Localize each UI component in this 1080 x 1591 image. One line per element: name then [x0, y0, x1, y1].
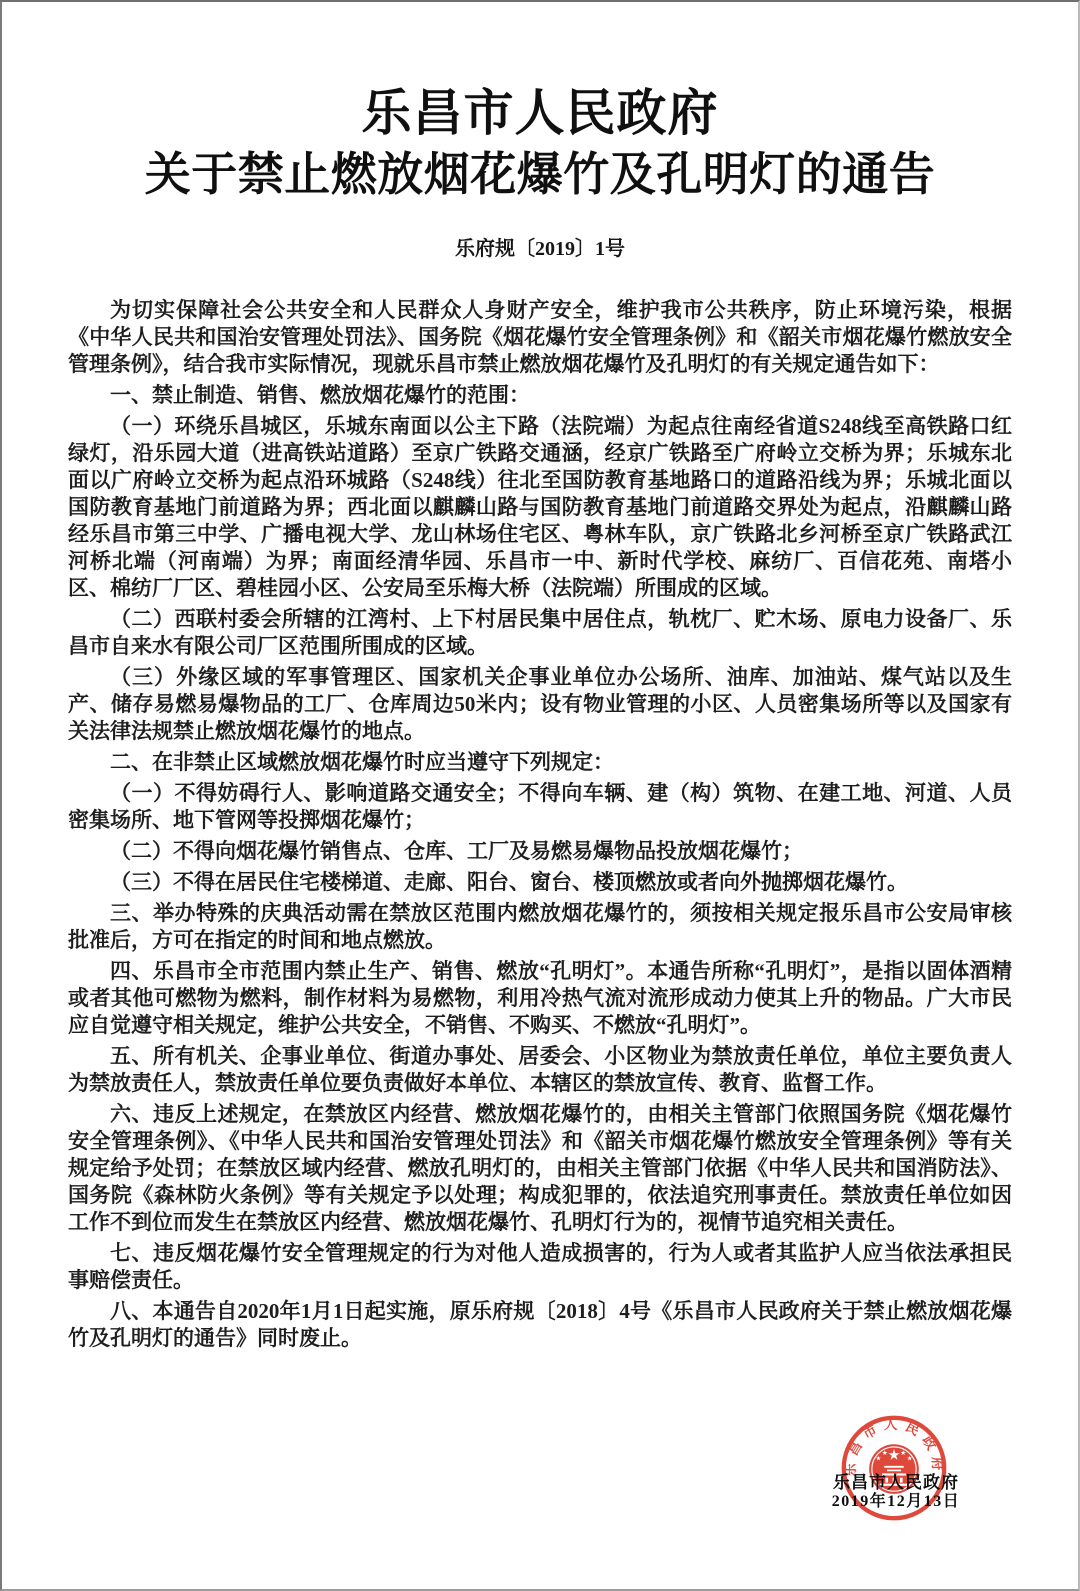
paragraph-intro: 为切实保障社会公共安全和人民群众人身财产安全，维护我市公共秩序，防止环境污染，根… — [68, 297, 1012, 378]
paragraph-section-1: 一、禁止制造、销售、燃放烟花爆竹的范围： — [68, 382, 1012, 409]
doc-number: 乐府规〔2019〕1号 — [2, 232, 1078, 261]
doc-body: 为切实保障社会公共安全和人民群众人身财产安全，维护我市公共秩序，防止环境污染，根… — [2, 297, 1078, 1352]
signature-date: 2019年12月13日 — [820, 1492, 972, 1511]
paragraph-section-8: 八、本通告自2020年1月1日起实施，原乐府规〔2018〕4号《乐昌市人民政府关… — [68, 1298, 1012, 1352]
paragraph-section-2-item-3: （三）不得在居民住宅楼梯道、走廊、阳台、窗台、楼顶燃放或者向外抛掷烟花爆竹。 — [68, 869, 1012, 896]
doc-title-line2: 关于禁止燃放烟花爆竹及孔明灯的通告 — [2, 146, 1078, 204]
paragraph-section-6: 六、违反上述规定，在禁放区内经营、燃放烟花爆竹的，由相关主管部门依照国务院《烟花… — [68, 1101, 1012, 1236]
paragraph-section-7: 七、违反烟花爆竹安全管理规定的行为对他人造成损害的，行为人或者其监护人应当依法承… — [68, 1240, 1012, 1294]
paragraph-section-1-item-1: （一）环绕乐昌城区，乐城东南面以公主下路（法院端）为起点往南经省道S248线至高… — [68, 413, 1012, 602]
paragraph-section-2-item-1: （一）不得妨碍行人、影响道路交通安全；不得向车辆、建（构）筑物、在建工地、河道、… — [68, 780, 1012, 834]
paragraph-section-2: 二、在非禁止区域燃放烟花爆竹时应当遵守下列规定： — [68, 749, 1012, 776]
paragraph-section-2-item-2: （二）不得向烟花爆竹销售点、仓库、工厂及易燃易爆物品投放烟花爆竹； — [68, 838, 1012, 865]
doc-title-line1: 乐昌市人民政府 — [2, 82, 1078, 144]
paragraph-section-4: 四、乐昌市全市范围内禁止生产、销售、燃放“孔明灯”。本通告所称“孔明灯”，是指以… — [68, 958, 1012, 1039]
signature-issuer: 乐昌市人民政府 — [820, 1473, 972, 1492]
official-notice-page: 乐昌市人民政府 关于禁止燃放烟花爆竹及孔明灯的通告 乐府规〔2019〕1号 为切… — [0, 0, 1080, 1591]
paragraph-section-3: 三、举办特殊的庆典活动需在禁放区范围内燃放烟花爆竹的，须按相关规定报乐昌市公安局… — [68, 900, 1012, 954]
paragraph-section-1-item-2: （二）西联村委会所辖的江湾村、上下村居民集中居住点，轨枕厂、贮木场、原电力设备厂… — [68, 606, 1012, 660]
document-header: 乐昌市人民政府 关于禁止燃放烟花爆竹及孔明灯的通告 — [2, 2, 1078, 204]
paragraph-section-1-item-3: （三）外缘区域的军事管理区、国家机关企事业单位办公场所、油库、加油站、煤气站以及… — [68, 664, 1012, 745]
signature-block: 乐昌市人民政府 2019年12月13日 — [820, 1473, 972, 1511]
paragraph-section-5: 五、所有机关、企事业单位、街道办事处、居委会、小区物业为禁放责任单位，单位主要负… — [68, 1043, 1012, 1097]
